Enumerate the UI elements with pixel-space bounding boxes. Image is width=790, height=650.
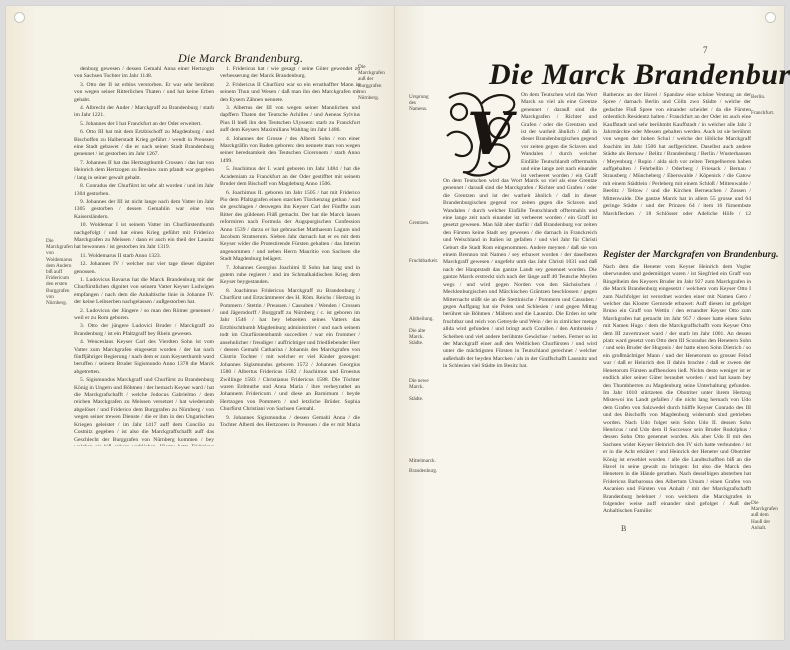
paragraph: 3. Albertus der III von wegen seiner Man… [220,105,360,135]
margin-note: Brandenburg. [409,468,435,474]
paragraph: 4. Johannes der Grosse / des Alberti Soh… [220,136,360,166]
page-number: 7 [703,45,708,55]
margin-note: Ursprung des Namens. [409,94,435,113]
ornamental-initial-icon: V [441,88,519,180]
paragraph: 5. Joachimus der I. ward geboren im Jahr… [220,166,360,188]
paragraph: 7. Johannes II hat das Hertzogthumb Cros… [74,160,214,182]
paragraph: 3. Otto der jüngere Ludovici Bruder / Ma… [74,323,214,338]
paragraph: 9. Johannes der III ist nicht lange nach… [74,199,214,221]
left-column-2: 1. Fridericus hat / wie gesagt / seine G… [220,66,360,426]
right-column-2: Ratheraw an der Havel / Spandaw eine sch… [603,92,751,216]
paragraph: 8. Joachimus Fridericus Marckgraff zu Br… [220,288,360,414]
right-page: 7 Die Marck Brandenburg. V Ursprung des … [395,6,784,640]
paragraph: On dem Teutschen wird das Wort Marck so … [443,178,597,371]
paragraph: 10. Woldemar I ist seinem Vatter im Chur… [74,222,214,252]
svg-text:V: V [467,100,517,168]
paragraph: 11. Woldemarus II starb Anno 1323. [74,253,214,260]
paragraph: 6. Otto III hat mit dem Ertzbischoff zu … [74,129,214,159]
paragraph: 8. Conradus der Churfürst ist sehr alt w… [74,183,214,198]
section-heading: Register der Marckgrafen von Brandenburg… [603,250,779,260]
paragraph: 6. Joachimus II. geboren im Jahr 1505 / … [220,190,360,264]
margin-note: Fruchtbarkeit. [409,258,435,264]
paragraph: 4. Wenceslaus Keyser Carl des Vierdten S… [74,339,214,376]
margin-note: Grentzen. [409,220,435,226]
running-head-left: Die Marck Brandenburg. [178,51,303,66]
margin-note: Die Marckgrafen von Woldemarus dem Ander… [46,238,72,306]
paragraph: denburg gewesen / dessen Gemahl Anna ein… [74,66,214,81]
paragraph: On dem Teutschen wird das Wort Marck so … [521,92,597,178]
right-column-1-top: On dem Teutschen wird das Wort Marck so … [521,92,597,178]
margin-note: Berlin. [751,94,775,100]
left-page: Die Marck Brandenburg. denburg gewesen /… [6,6,395,640]
punch-hole [14,12,25,23]
paragraph: 7. Johannes Georgius Joachimi II Sohn ha… [220,265,360,287]
margin-note: Mittelmarck. [409,458,435,464]
margin-note: Die Marckgrafen auß dem Hauß der Anhalt. [751,500,777,531]
register-column: Nach dem die Heneter vom Keyser Heinrich… [603,264,751,512]
paragraph: 4. Albrecht der Ander / Marckgraff zu Br… [74,105,214,120]
paragraph: 12. Johannes IV / welcher nur vier tage … [74,261,214,276]
signature-mark: B [621,524,626,533]
paragraph: 3. Otto der II ist erblos verstorben. Er… [74,82,214,104]
paragraph: 2. Ludovicus der Jüngere / so man den Rö… [74,308,214,323]
margin-note: Städte. [409,396,435,402]
paragraph: 1. Fridericus hat / wie gesagt / seine G… [220,66,360,81]
margin-note: Die alte Marck. Städte. [409,328,435,347]
margin-note: Abtheilung. [409,316,435,322]
right-column-1: On dem Teutschen wird das Wort Marck so … [443,178,597,532]
paragraph: Ratheraw an der Havel / Spandaw eine sch… [603,92,751,216]
margin-note: Franckfurt. [751,110,775,116]
left-column-1: denburg gewesen / dessen Gemahl Anna ein… [74,66,214,446]
paragraph: 2. Fridericus II Churfürst war so ein er… [220,82,360,104]
running-head-right: Die Marck Brandenburg. [489,58,790,92]
punch-hole [765,12,776,23]
paragraph: 5. Johannes der I hat Franckfurt an der … [74,121,214,128]
paragraph: Nach dem die Heneter vom Keyser Heinrich… [603,264,751,512]
paragraph: 1. Ludovicus Bavarus hat die Marck Brand… [74,277,214,307]
margin-note: Die Marckgrafen auß der Burggrafen von N… [358,64,386,101]
book-spread: Die Marck Brandenburg. denburg gewesen /… [6,6,784,640]
paragraph: 5. Sigismundus Marckgraff und Churfürst … [74,377,214,446]
margin-note: Die newe Marck. [409,378,435,390]
paragraph: 9. Johannes Sigismundus / dessen Gemahl … [220,415,360,426]
